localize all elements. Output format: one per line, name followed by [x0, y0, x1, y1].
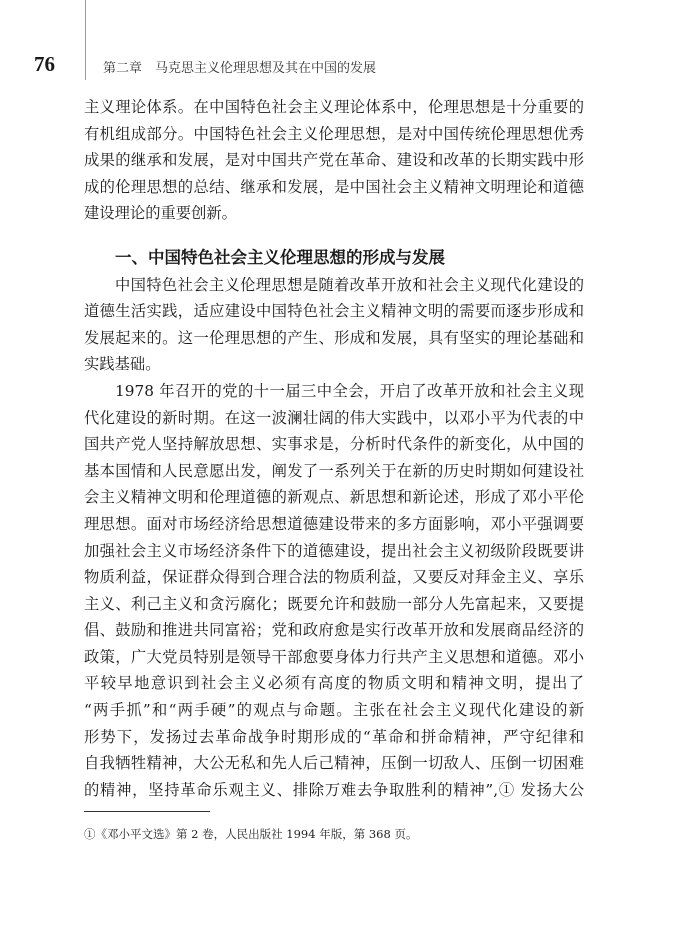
text-line: 建设理论的重要创新。 — [84, 200, 584, 227]
footnote: ①《邓小平文选》第 2 卷，人民出版社 1994 年版，第 368 页。 — [84, 826, 417, 842]
text-line: 国共产党人坚持解放思想、实事求是，分析时代条件的新变化，从中国的 — [84, 431, 584, 458]
text-line: 政策，广大党员特别是领导干部愈要身体力行共产主义思想和道德。邓小 — [84, 644, 584, 671]
text-line: 物质利益，保证群众得到合理合法的物质利益，又要反对拜金主义、享乐 — [84, 564, 584, 591]
text-line: 主义、利己主义和贪污腐化；既要允许和鼓励一部分人先富起来，又要提 — [84, 591, 584, 618]
paragraph-intro: 主义理论体系。在中国特色社会主义理论体系中，伦理思想是十分重要的 有机组成部分。… — [84, 94, 584, 227]
footnote-divider — [84, 811, 210, 812]
text-line: 成果的继承和发展，是对中国共产党在革命、建设和改革的长期实践中形 — [84, 147, 584, 174]
text-line: 理思想。面对市场经济给思想道德建设带来的多方面影响，邓小平强调要 — [84, 511, 584, 538]
text-line: 倡、鼓励和推进共同富裕；党和政府愈是实行改革开放和发展商品经济的 — [84, 617, 584, 644]
text-line: 代化建设的新时期。在这一波澜壮阔的伟大实践中，以邓小平为代表的中 — [84, 405, 584, 432]
text-line: 主义理论体系。在中国特色社会主义理论体系中，伦理思想是十分重要的 — [84, 94, 584, 121]
text-line: 的精神，坚持革命乐观主义、排除万难去争取胜利的精神”,① 发扬大公 — [84, 777, 584, 804]
body-text: 主义理论体系。在中国特色社会主义理论体系中，伦理思想是十分重要的 有机组成部分。… — [84, 94, 584, 803]
text-line: 发展起来的。这一伦理思想的产生、形成和发展，具有坚实的理论基础和 — [84, 325, 584, 352]
text-line: 实践基础。 — [84, 351, 584, 378]
section-heading: 一、中国特色社会主义伦理思想的形成与发展 — [84, 245, 584, 272]
text-line: 平较早地意识到社会主义必须有高度的物质文明和精神文明，提出了 — [84, 670, 584, 697]
text-line: 基本国情和人民意愿出发，阐发了一系列关于在新的历史时期如何建设社 — [84, 458, 584, 485]
text-line: 1978 年召开的党的十一届三中全会，开启了改革开放和社会主义现 — [84, 378, 584, 405]
text-line: 中国特色社会主义伦理思想是随着改革开放和社会主义现代化建设的 — [84, 272, 584, 299]
header-vertical-rule — [85, 0, 86, 80]
text-line: 形势下，发扬过去革命战争时期形成的“革命和拼命精神，严守纪律和 — [84, 724, 584, 751]
text-line: 加强社会主义市场经济条件下的道德建设，提出社会主义初级阶段既要讲 — [84, 538, 584, 565]
text-line: 自我牺牲精神，大公无私和先人后己精神，压倒一切敌人、压倒一切困难 — [84, 750, 584, 777]
text-line: 有机组成部分。中国特色社会主义伦理思想，是对中国传统伦理思想优秀 — [84, 121, 584, 148]
text-line: “两手抓”和“两手硬”的观点与命题。主张在社会主义现代化建设的新 — [84, 697, 584, 724]
text-line: 成的伦理思想的总结、继承和发展，是中国社会主义精神文明理论和道德 — [84, 174, 584, 201]
text-line: 道德生活实践，适应建设中国特色社会主义精神文明的需要而逐步形成和 — [84, 298, 584, 325]
paragraph-1: 中国特色社会主义伦理思想是随着改革开放和社会主义现代化建设的 道德生活实践，适应… — [84, 272, 584, 378]
page-number: 76 — [34, 52, 55, 77]
running-head: 第二章 马克思主义伦理思想及其在中国的发展 — [103, 57, 376, 76]
paragraph-2: 1978 年召开的党的十一届三中全会，开启了改革开放和社会主义现 代化建设的新时… — [84, 378, 584, 804]
text-line: 会主义精神文明和伦理道德的新观点、新思想和新论述，形成了邓小平伦 — [84, 484, 584, 511]
